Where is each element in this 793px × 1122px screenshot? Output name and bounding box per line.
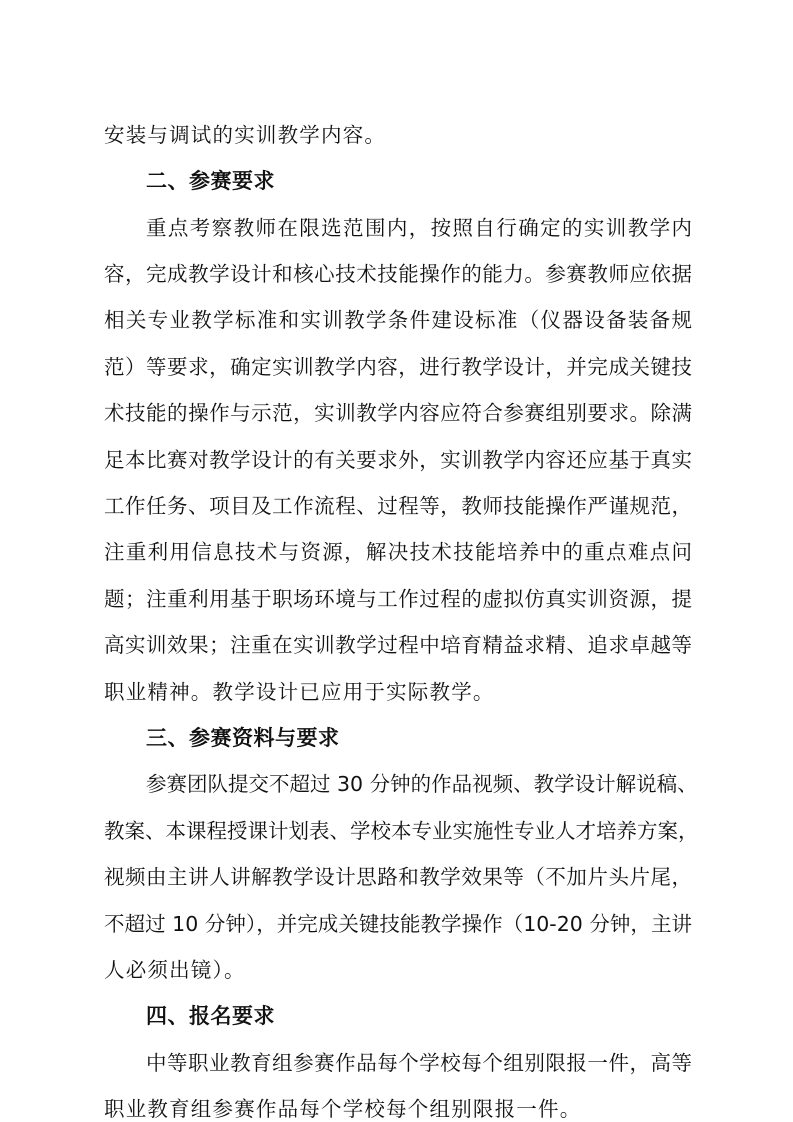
body-line: 参赛团队提交不超过 30 分钟的作品视频、教学设计解说稿、 — [146, 770, 692, 798]
section-heading-registration: 四、报名要求 — [146, 1002, 692, 1030]
document-page: 安装与调试的实训教学内容。 二、参赛要求 重点考察教师在限选范围内，按照自行确定… — [0, 0, 793, 1122]
body-line: 题；注重利用基于职场环境与工作过程的虚拟仿真实训资源，提 — [104, 585, 692, 613]
body-line: 职业精神。教学设计已应用于实际教学。 — [104, 678, 692, 706]
body-line: 重点考察教师在限选范围内，按照自行确定的实训教学内 — [146, 214, 692, 242]
body-line: 人必须出镜）。 — [104, 956, 692, 984]
body-line: 注重利用信息技术与资源，解决技术技能培养中的重点难点问 — [104, 538, 692, 566]
body-line: 职业教育组参赛作品每个学校每个组别限报一件。 — [104, 1095, 692, 1122]
body-line: 安装与调试的实训教学内容。 — [104, 121, 692, 149]
body-line: 视频由主讲人讲解教学设计思路和教学效果等（不加片头片尾， — [104, 863, 692, 891]
section-heading-materials: 三、参赛资料与要求 — [146, 724, 692, 752]
body-line: 相关专业教学标准和实训教学条件建设标准（仪器设备装备规 — [104, 306, 692, 334]
body-line: 术技能的操作与示范，实训教学内容应符合参赛组别要求。除满 — [104, 399, 692, 427]
body-line: 容，完成教学设计和核心技术技能操作的能力。参赛教师应依据 — [104, 260, 692, 288]
body-line: 高实训效果；注重在实训教学过程中培育精益求精、追求卓越等 — [104, 631, 692, 659]
body-line: 不超过 10 分钟），并完成关键技能教学操作（10-20 分钟，主讲 — [104, 910, 692, 938]
body-line: 教案、本课程授课计划表、学校本专业实施性专业人才培养方案， — [104, 817, 692, 845]
body-line: 范）等要求，确定实训教学内容，进行教学设计，并完成关键技 — [104, 353, 692, 381]
body-line: 中等职业教育组参赛作品每个学校每个组别限报一件，高等 — [146, 1049, 692, 1077]
body-line: 足本比赛对教学设计的有关要求外，实训教学内容还应基于真实 — [104, 446, 692, 474]
section-heading-participation-requirements: 二、参赛要求 — [146, 167, 692, 195]
body-line: 工作任务、项目及工作流程、过程等，教师技能操作严谨规范， — [104, 492, 692, 520]
